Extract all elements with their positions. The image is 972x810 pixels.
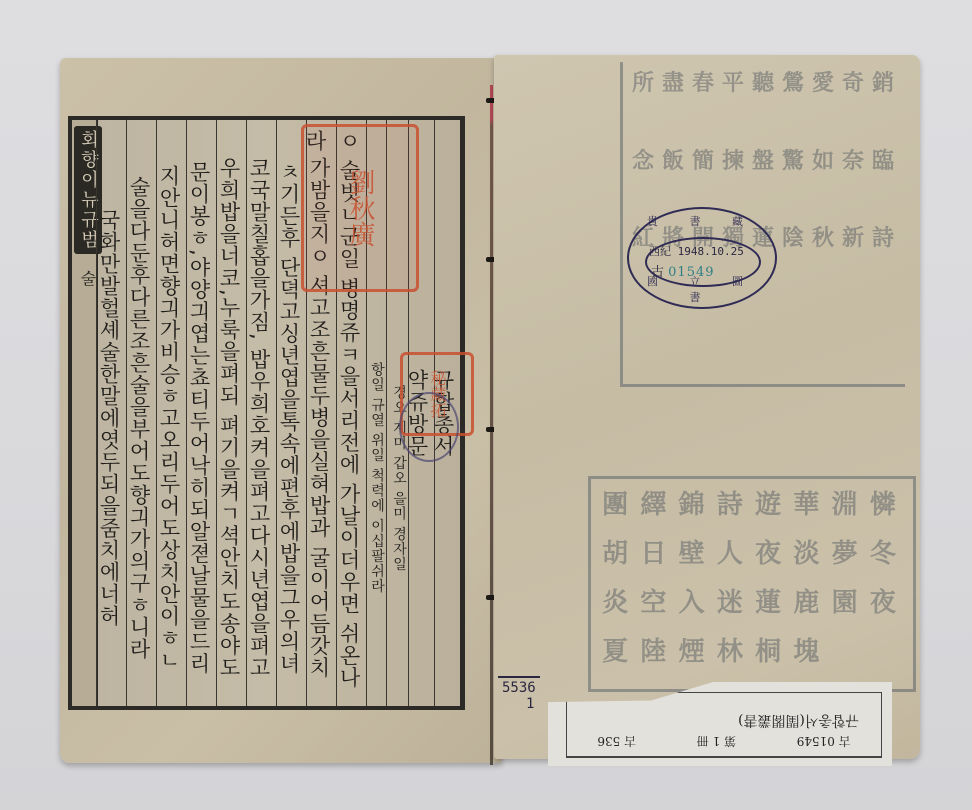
label-cell: 古 536 (597, 734, 636, 751)
stamp-bottom-text: 國 立 圖 書 (629, 273, 775, 305)
bleed-through-text-bottom: 團繹錦詩遊華淵憐 胡日壁人夜淡夢冬 炎空入迷蓮鹿園夜 夏陸煙林桐塊 (596, 484, 902, 680)
stamp-date: 西紀 1948.10.25 (649, 243, 744, 259)
stamp-top-text: 貴 書 藏 (629, 213, 775, 229)
label-cells: 古 01549 第 1 冊 古 536 (567, 728, 881, 757)
red-square-seal: 劉秋廣 (301, 124, 419, 292)
label-cell: 古 01549 (797, 734, 851, 751)
round-purple-stamp (399, 392, 459, 462)
label-cell: 第 1 冊 (697, 734, 736, 751)
binding-thread (490, 85, 493, 765)
label-border: 규합총서(閨閤叢書) 古 01549 第 1 冊 古 536 (566, 692, 882, 758)
library-accession-stamp: 貴 書 藏 西紀 1948.10.25 古 01549 國 立 圖 書 (627, 207, 777, 309)
shelf-mark: 55361 (498, 676, 540, 714)
